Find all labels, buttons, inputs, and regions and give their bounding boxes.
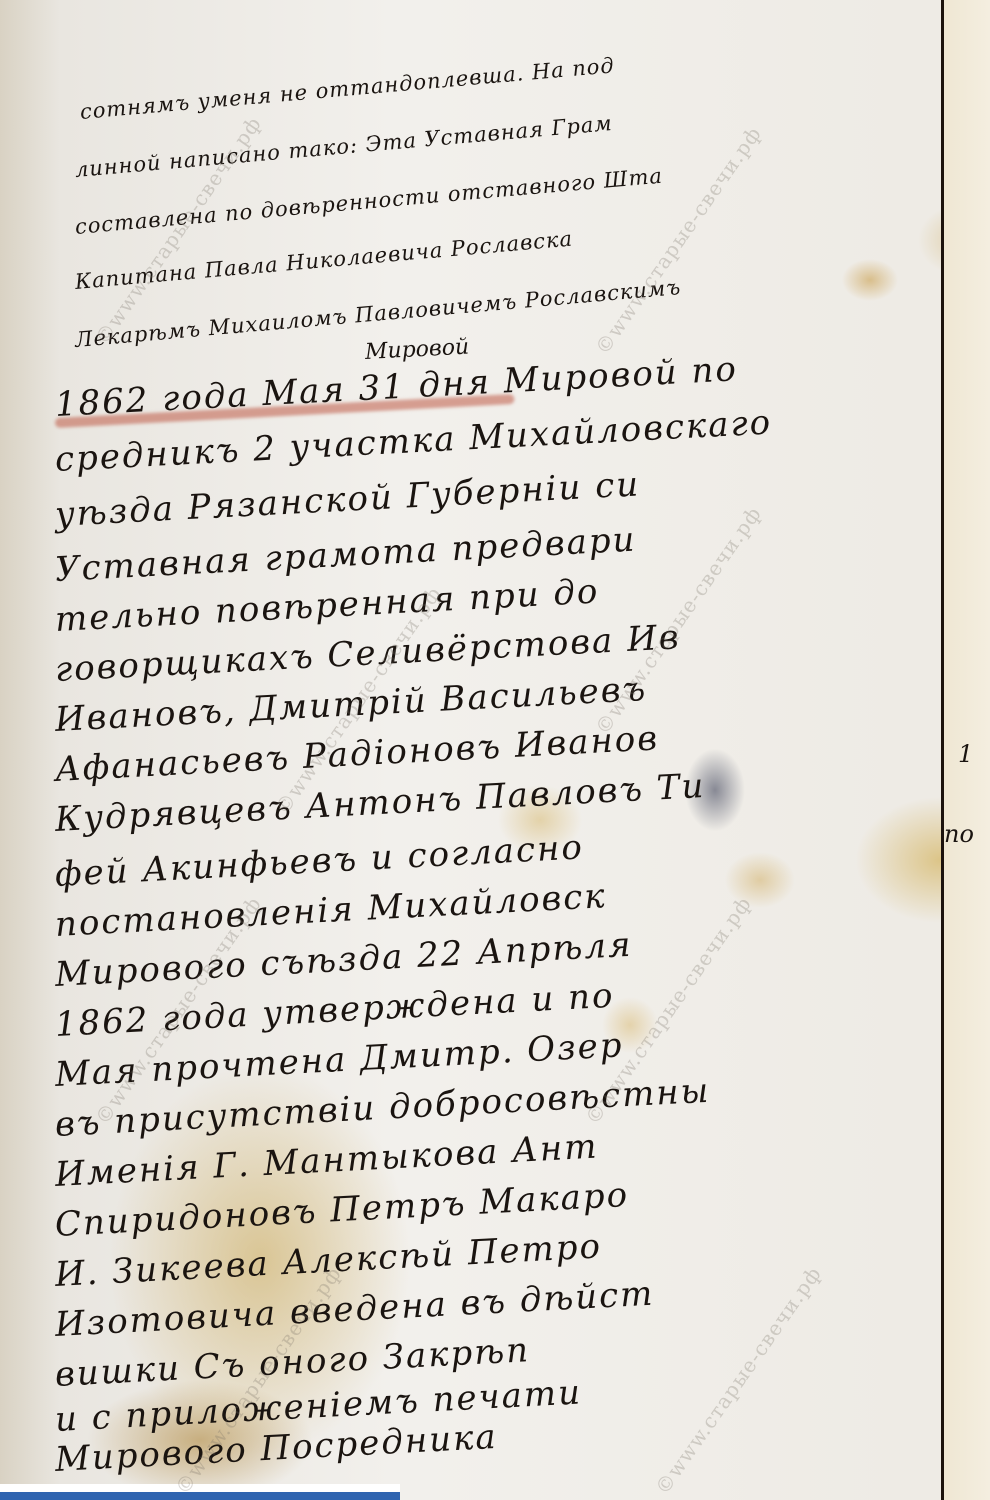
page-margin-rule: [941, 0, 944, 1500]
text-line: сотнямъ уменя не оттандоплевша. На под: [79, 53, 616, 124]
margin-note: 1: [958, 740, 973, 768]
text-line: линной написано тако: Эта Уставная Грам: [74, 111, 614, 182]
text-line: составлена по довѣренности отставного Шт…: [74, 164, 664, 239]
manuscript-page: сотнямъ уменя не оттандоплевша. На под л…: [0, 0, 990, 1500]
section-heading: Мировой: [364, 335, 469, 365]
margin-note: по: [944, 820, 974, 848]
